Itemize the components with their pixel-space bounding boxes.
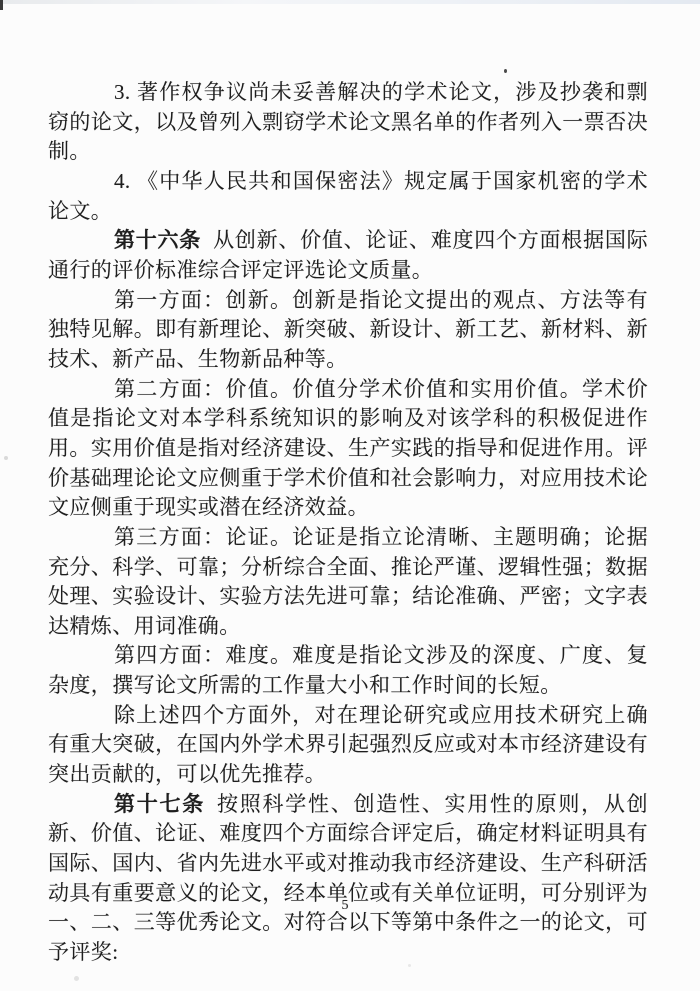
document-text-block: 3. 著作权争议尚未妥善解决的学术论文，涉及抄袭和剽窃的论文，以及曾列入剽窃学术… [48,78,648,968]
paragraph-text: 第四方面：难度。难度是指论文涉及的深度、广度、复杂度，撰写论文所需的工作量大小和… [48,643,648,697]
document-page: 3. 著作权争议尚未妥善解决的学术论文，涉及抄袭和剽窃的论文，以及曾列入剽窃学术… [0,0,700,991]
scan-top-edge-artifact [0,0,700,4]
article-number-label: 第十七条 [114,792,205,816]
paragraph-aspect-1: 第一方面：创新。创新是指论文提出的观点、方法等有独特见解。即有新理论、新突破、新… [48,286,648,375]
paragraph-priority-recommendation: 除上述四个方面外，对在理论研究或应用技术研究上确有重大突破，在国内外学术界引起强… [48,701,648,790]
paragraph-item-3: 3. 著作权争议尚未妥善解决的学术论文，涉及抄袭和剽窃的论文，以及曾列入剽窃学术… [48,78,648,167]
paragraph-text: 除上述四个方面外，对在理论研究或应用技术研究上确有重大突破，在国内外学术界引起强… [48,703,648,786]
article-number-label: 第十六条 [114,228,201,252]
paragraph-text: 第二方面：价值。价值分学术价值和实用价值。学术价值是指论文对本学科系统知识的影响… [48,377,648,520]
paragraph-article-16: 第十六条从创新、价值、论证、难度四个方面根据国际通行的评价标准综合评定评选论文质… [48,226,648,285]
paragraph-item-4: 4. 《中华人民共和国保密法》规定属于国家机密的学术论文。 [48,167,648,226]
paragraph-aspect-3: 第三方面：论证。论证是指立论清晰、主题明确；论据充分、科学、可靠；分析综合全面、… [48,523,648,642]
paragraph-text: 3. 著作权争议尚未妥善解决的学术论文，涉及抄袭和剽窃的论文，以及曾列入剽窃学术… [48,80,648,163]
paragraph-aspect-2: 第二方面：价值。价值分学术价值和实用价值。学术价值是指论文对本学科系统知识的影响… [48,375,648,523]
scan-speck [74,976,79,981]
paragraph-article-17: 第十七条按照科学性、创造性、实用性的原则，从创新、价值、论证、难度四个方面综合评… [48,790,648,968]
page-number: 5 [0,898,690,914]
paragraph-text: 第三方面：论证。论证是指立论清晰、主题明确；论据充分、科学、可靠；分析综合全面、… [48,525,648,638]
paragraph-text: 4. 《中华人民共和国保密法》规定属于国家机密的学术论文。 [48,169,648,223]
paragraph-aspect-4: 第四方面：难度。难度是指论文涉及的深度、广度、复杂度，撰写论文所需的工作量大小和… [48,641,648,700]
scan-corner-artifact [0,0,3,10]
paragraph-text: 按照科学性、创造性、实用性的原则，从创新、价值、论证、难度四个方面综合评定后，确… [48,792,648,964]
scan-speck [504,69,507,73]
scan-speck [4,456,8,460]
paragraph-text: 第一方面：创新。创新是指论文提出的观点、方法等有独特见解。即有新理论、新突破、新… [48,288,648,371]
